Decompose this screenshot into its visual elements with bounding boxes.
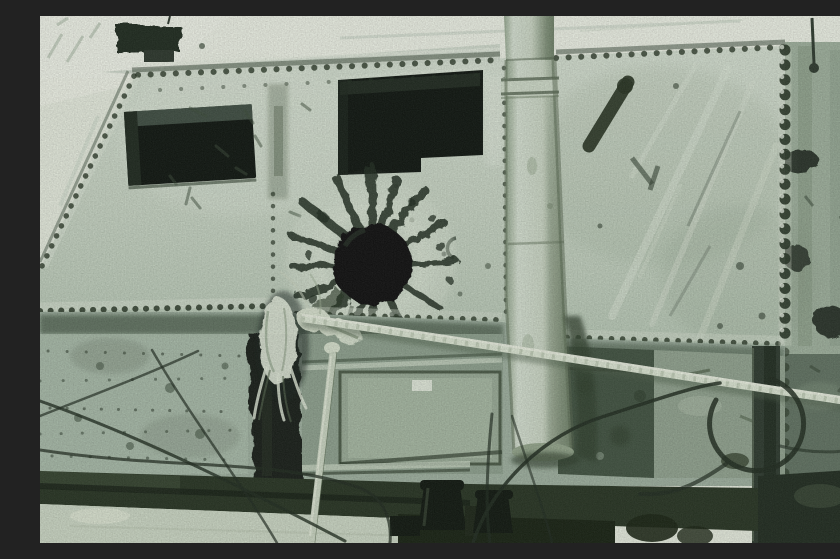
photo-canvas [40,16,840,543]
grain-overlay [40,16,840,543]
armored-vehicle-photograph [40,16,840,543]
